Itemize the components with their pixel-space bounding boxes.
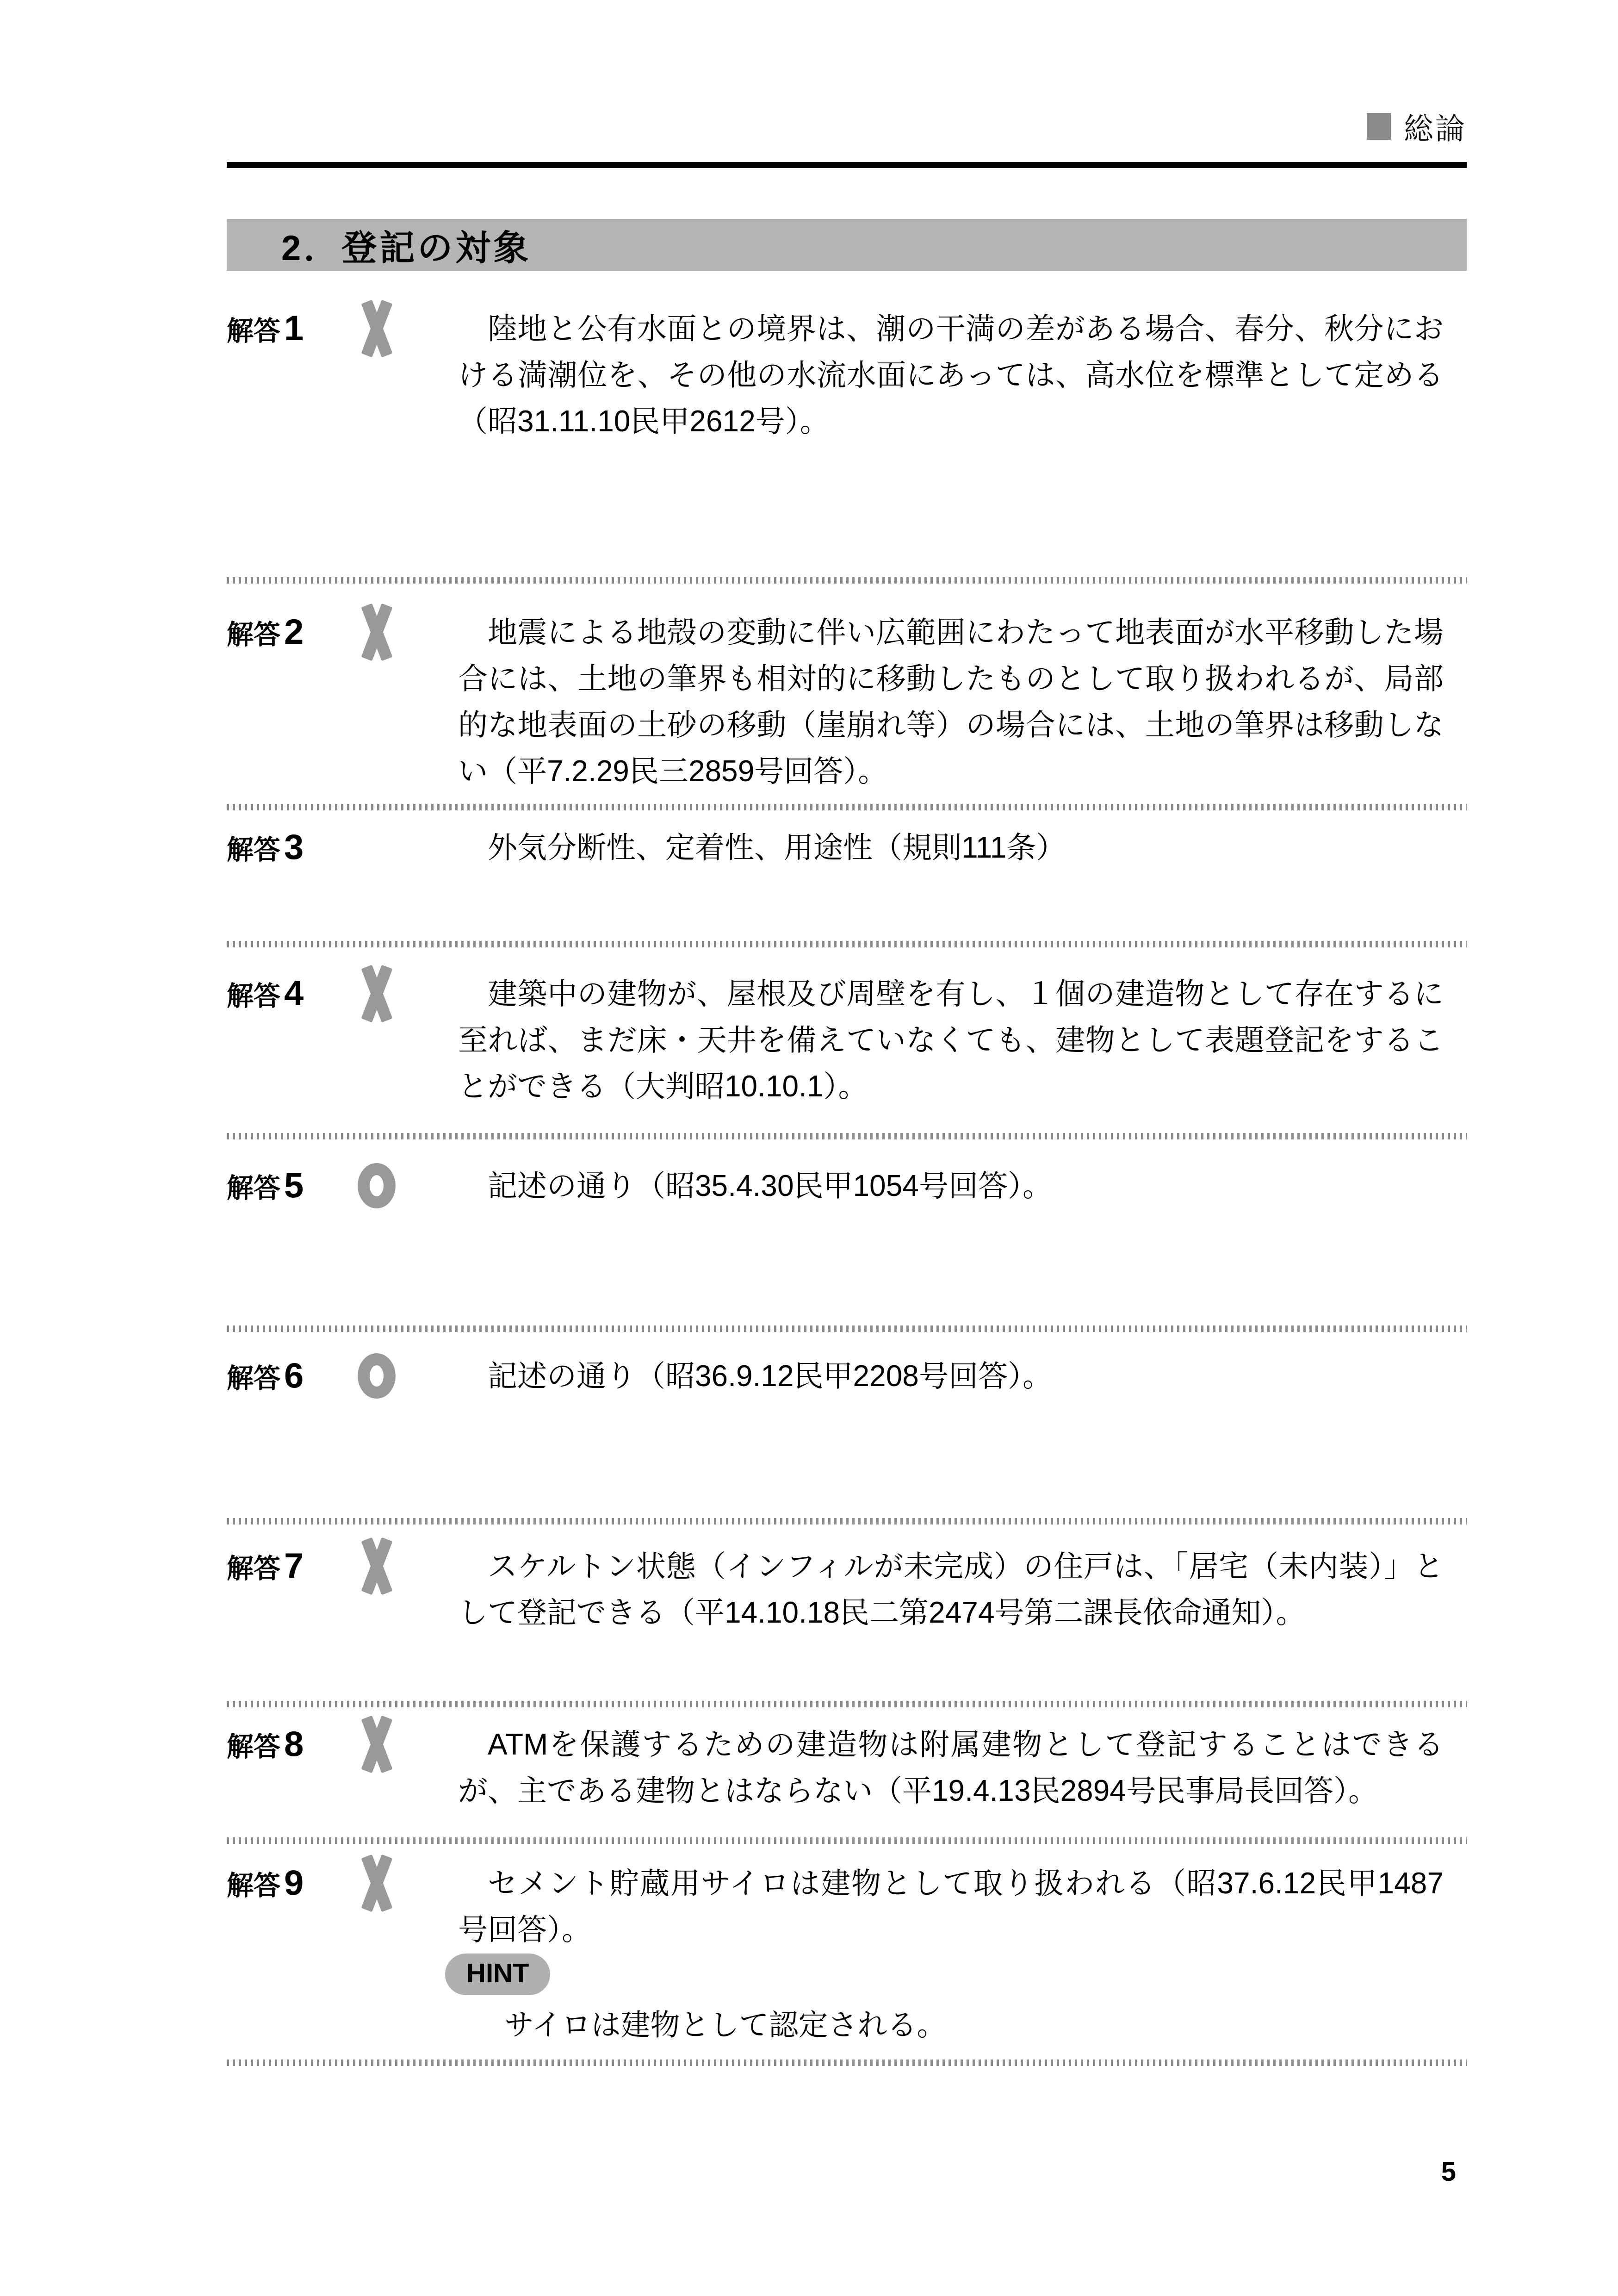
content-column: 総論 2．登記の対象 解答1 陸地と公有水面との境界は、潮の干満の差がある場合、… bbox=[227, 0, 1467, 2066]
dotted-divider bbox=[227, 1518, 1467, 1524]
answer-label-text: 解答 bbox=[227, 316, 280, 346]
dotted-divider bbox=[227, 1837, 1467, 1844]
chapter-label: 総論 bbox=[1404, 105, 1467, 148]
answer-text-cell: 陸地と公有水面との境界は、潮の干満の差がある場合、春分、秋分における満潮位を、そ… bbox=[458, 305, 1444, 444]
answer-item: 解答9 セメント貯蔵用サイロは建物として取り扱われる（昭37.6.12民甲148… bbox=[227, 1860, 1467, 2048]
answer-number: 6 bbox=[284, 1356, 304, 1395]
answer-text-cell: 記述の通り（昭35.4.30民甲1054号回答）。 bbox=[458, 1163, 1444, 1209]
section-square-icon bbox=[1367, 113, 1391, 140]
page-number: 5 bbox=[1441, 2156, 1456, 2187]
answer-text: 記述の通り（昭35.4.30民甲1054号回答）。 bbox=[458, 1163, 1444, 1209]
answer-item: 解答2 地震による地殻の変動に伴い広範囲にわたって地表面が水平移動した場合には、… bbox=[227, 609, 1467, 794]
answer-number: 5 bbox=[284, 1166, 304, 1205]
answer-label: 解答1 bbox=[227, 305, 352, 361]
answer-mark-cell bbox=[352, 609, 458, 655]
answer-text-cell: スケルトン状態（インフィルが未完成）の住戸は、「居宅（未内装）」として登記できる… bbox=[458, 1543, 1444, 1636]
section-title: 2．登記の対象 bbox=[281, 220, 531, 270]
answer-text-cell: ATMを保護するための建造物は附属建物として登記することはできるが、主である建物… bbox=[458, 1721, 1444, 1814]
answer-text: 外気分断性、定着性、用途性（規則111条） bbox=[458, 824, 1444, 871]
answer-label: 解答8 bbox=[227, 1721, 352, 1777]
dotted-divider bbox=[227, 1325, 1467, 1332]
answer-mark-cell bbox=[352, 305, 458, 352]
answer-text: ATMを保護するための建造物は附属建物として登記することはできるが、主である建物… bbox=[458, 1721, 1444, 1814]
answer-number: 1 bbox=[284, 309, 304, 348]
answer-text-cell: 建築中の建物が、屋根及び周壁を有し、１個の建造物として存在するに至れば、まだ床・… bbox=[458, 971, 1444, 1109]
answer-text-cell: セメント貯蔵用サイロは建物として取り扱われる（昭37.6.12民甲1487号回答… bbox=[458, 1860, 1444, 2048]
answer-number: 3 bbox=[284, 828, 304, 867]
dotted-divider bbox=[227, 1701, 1467, 1707]
answer-text: スケルトン状態（インフィルが未完成）の住戸は、「居宅（未内装）」として登記できる… bbox=[458, 1543, 1444, 1636]
answer-label: 解答5 bbox=[227, 1163, 352, 1219]
answer-item: 解答7 スケルトン状態（インフィルが未完成）の住戸は、「居宅（未内装）」として登… bbox=[227, 1543, 1467, 1636]
dotted-divider bbox=[227, 2060, 1467, 2066]
answer-label: 解答6 bbox=[227, 1353, 352, 1409]
answer-text: セメント貯蔵用サイロは建物として取り扱われる（昭37.6.12民甲1487号回答… bbox=[458, 1860, 1444, 1953]
dotted-divider bbox=[227, 941, 1467, 947]
incorrect-mark-icon bbox=[355, 971, 398, 1017]
answer-number: 2 bbox=[284, 612, 304, 652]
answer-item: 解答1 陸地と公有水面との境界は、潮の干満の差がある場合、春分、秋分における満潮… bbox=[227, 305, 1467, 444]
dotted-divider bbox=[227, 577, 1467, 584]
correct-mark-icon bbox=[355, 1353, 398, 1399]
incorrect-mark-icon bbox=[355, 1543, 398, 1589]
answer-number: 8 bbox=[284, 1724, 304, 1764]
answer-mark-cell bbox=[352, 971, 458, 1017]
page-header: 総論 bbox=[227, 110, 1467, 143]
answer-text: 陸地と公有水面との境界は、潮の干満の差がある場合、春分、秋分における満潮位を、そ… bbox=[458, 305, 1444, 444]
incorrect-mark-icon bbox=[355, 609, 398, 655]
answer-item: 解答5 記述の通り（昭35.4.30民甲1054号回答）。 bbox=[227, 1163, 1467, 1219]
answer-label-text: 解答 bbox=[227, 620, 280, 650]
answer-mark-cell bbox=[352, 1163, 458, 1209]
hint-text: サイロは建物として認定される。 bbox=[458, 2002, 1444, 2048]
answer-label-text: 解答 bbox=[227, 1871, 280, 1901]
answer-text-cell: 地震による地殻の変動に伴い広範囲にわたって地表面が水平移動した場合には、土地の筆… bbox=[458, 609, 1444, 794]
answer-label: 解答7 bbox=[227, 1543, 352, 1599]
answer-label-text: 解答 bbox=[227, 981, 280, 1011]
dotted-divider bbox=[227, 1133, 1467, 1139]
answer-item: 解答4 建築中の建物が、屋根及び周壁を有し、１個の建造物として存在するに至れば、… bbox=[227, 971, 1467, 1109]
answer-text-cell: 外気分断性、定着性、用途性（規則111条） bbox=[458, 824, 1444, 871]
answer-number: 9 bbox=[284, 1863, 304, 1903]
header-rule bbox=[227, 162, 1467, 168]
correct-mark-icon bbox=[355, 1163, 398, 1209]
answer-label-text: 解答 bbox=[227, 1732, 280, 1762]
answer-number: 4 bbox=[284, 974, 304, 1013]
answer-mark-cell bbox=[352, 1860, 458, 1906]
answer-label-text: 解答 bbox=[227, 1173, 280, 1203]
answer-label-text: 解答 bbox=[227, 835, 280, 865]
answer-item: 解答6 記述の通り（昭36.9.12民甲2208号回答）。 bbox=[227, 1353, 1467, 1409]
answer-item: 解答3 外気分断性、定着性、用途性（規則111条） bbox=[227, 824, 1467, 880]
hint-badge: HINT bbox=[445, 1954, 550, 1995]
incorrect-mark-icon bbox=[355, 1860, 398, 1906]
dotted-divider bbox=[227, 804, 1467, 810]
answer-item: 解答8 ATMを保護するための建造物は附属建物として登記することはできるが、主で… bbox=[227, 1721, 1467, 1814]
answer-mark-cell bbox=[352, 1353, 458, 1399]
answer-label: 解答9 bbox=[227, 1860, 352, 1916]
answer-text: 建築中の建物が、屋根及び周壁を有し、１個の建造物として存在するに至れば、まだ床・… bbox=[458, 971, 1444, 1109]
answer-label-text: 解答 bbox=[227, 1363, 280, 1394]
answer-text: 地震による地殻の変動に伴い広範囲にわたって地表面が水平移動した場合には、土地の筆… bbox=[458, 609, 1444, 794]
incorrect-mark-icon bbox=[355, 305, 398, 352]
answer-label: 解答3 bbox=[227, 824, 352, 880]
answer-mark-cell bbox=[352, 824, 458, 871]
book-page: { "header": { "label": "総論" }, "section"… bbox=[0, 0, 1618, 2296]
section-title-bar: 2．登記の対象 bbox=[227, 219, 1467, 271]
answer-label: 解答4 bbox=[227, 971, 352, 1027]
answer-mark-cell bbox=[352, 1543, 458, 1589]
answer-text: 記述の通り（昭36.9.12民甲2208号回答）。 bbox=[458, 1353, 1444, 1399]
incorrect-mark-icon bbox=[355, 1721, 398, 1767]
answer-label: 解答2 bbox=[227, 609, 352, 665]
answer-text-cell: 記述の通り（昭36.9.12民甲2208号回答）。 bbox=[458, 1353, 1444, 1399]
answer-number: 7 bbox=[284, 1546, 304, 1586]
answer-label-text: 解答 bbox=[227, 1554, 280, 1584]
answer-mark-cell bbox=[352, 1721, 458, 1767]
